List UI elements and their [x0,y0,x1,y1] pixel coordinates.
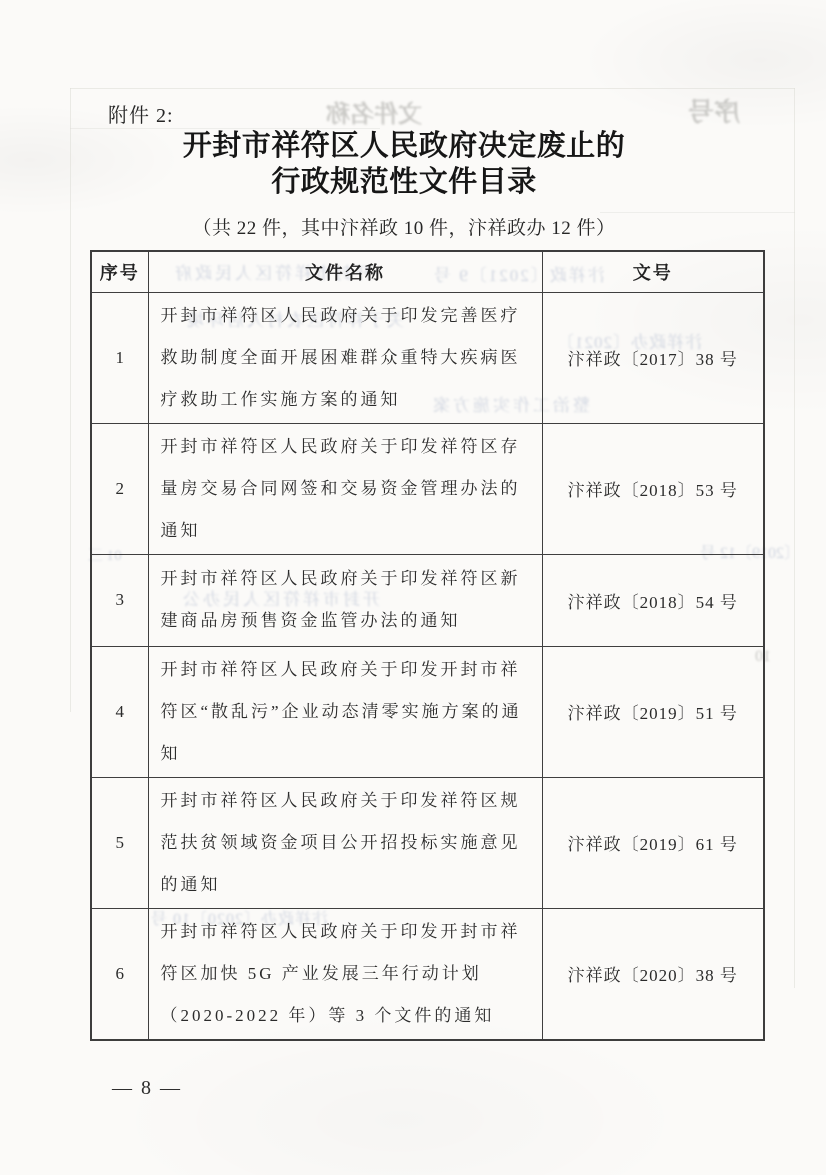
document-title: 开封市祥符区人民政府决定废止的 行政规范性文件目录 [0,128,808,200]
row-document-number: 汴祥政〔2018〕53 号 [542,423,764,554]
table-row: 3 开封市祥符区人民政府关于印发祥符区新建商品房预售资金监管办法的通知 汴祥政〔… [91,554,764,646]
row-serial: 3 [91,554,148,646]
row-serial: 5 [91,777,148,908]
row-document-name: 开封市祥符区人民政府关于印发祥符区存量房交易合同网签和交易资金管理办法的通知 [148,423,542,554]
page-number: — 8 — [112,1077,182,1100]
document-subtitle: （共 22 件，其中汴祥政 10 件，汴祥政办 12 件） [0,213,808,240]
table-row: 1 开封市祥符区人民政府关于印发完善医疗救助制度全面开展困难群众重特大疾病医疗救… [91,292,764,423]
row-document-number: 汴祥政〔2019〕61 号 [542,777,764,908]
scanned-page: 序号 文件名称 开封市祥符区人民政府 汴祥政〔2021〕9 号 关于祥符区农村人… [0,0,826,1175]
row-document-name: 开封市祥符区人民政府关于印发祥符区新建商品房预售资金监管办法的通知 [148,554,542,646]
document-title-line2: 行政规范性文件目录 [0,164,808,200]
table-row: 6 开封市祥符区人民政府关于印发开封市祥符区加快 5G 产业发展三年行动计划（2… [91,908,764,1040]
header-cell-document-number: 文号 [542,251,764,292]
abolished-documents-table: 序号 文件名称 文号 1 开封市祥符区人民政府关于印发完善医疗救助制度全面开展困… [90,250,765,1041]
bleedthrough-text: 序号 [688,92,740,129]
table-header-row: 序号 文件名称 文号 [91,251,764,292]
row-document-name: 开封市祥符区人民政府关于印发完善医疗救助制度全面开展困难群众重特大疾病医疗救助工… [148,292,542,423]
row-document-number: 汴祥政〔2020〕38 号 [542,908,764,1040]
ghost-line-top [70,88,795,89]
row-document-number: 汴祥政〔2019〕51 号 [542,646,764,777]
row-document-name: 开封市祥符区人民政府关于印发开封市祥符区“散乱污”企业动态清零实施方案的通知 [148,646,542,777]
header-cell-document-name: 文件名称 [148,251,542,292]
row-serial: 6 [91,908,148,1040]
row-document-number: 汴祥政〔2017〕38 号 [542,292,764,423]
row-serial: 4 [91,646,148,777]
document-title-line1: 开封市祥符区人民政府决定废止的 [0,128,808,164]
table-row: 5 开封市祥符区人民政府关于印发祥符区规范扶贫领域资金项目公开招投标实施意见的通… [91,777,764,908]
row-document-name: 开封市祥符区人民政府关于印发开封市祥符区加快 5G 产业发展三年行动计划（202… [148,908,542,1040]
table-row: 4 开封市祥符区人民政府关于印发开封市祥符区“散乱污”企业动态清零实施方案的通知… [91,646,764,777]
row-document-name: 开封市祥符区人民政府关于印发祥符区规范扶贫领域资金项目公开招投标实施意见的通知 [148,777,542,908]
bleedthrough-text: 文件名称 [326,94,422,129]
attachment-label: 附件 2: [108,99,174,128]
header-cell-serial: 序号 [91,251,148,292]
row-serial: 2 [91,423,148,554]
row-document-number: 汴祥政〔2018〕54 号 [542,554,764,646]
row-serial: 1 [91,292,148,423]
table-row: 2 开封市祥符区人民政府关于印发祥符区存量房交易合同网签和交易资金管理办法的通知… [91,423,764,554]
